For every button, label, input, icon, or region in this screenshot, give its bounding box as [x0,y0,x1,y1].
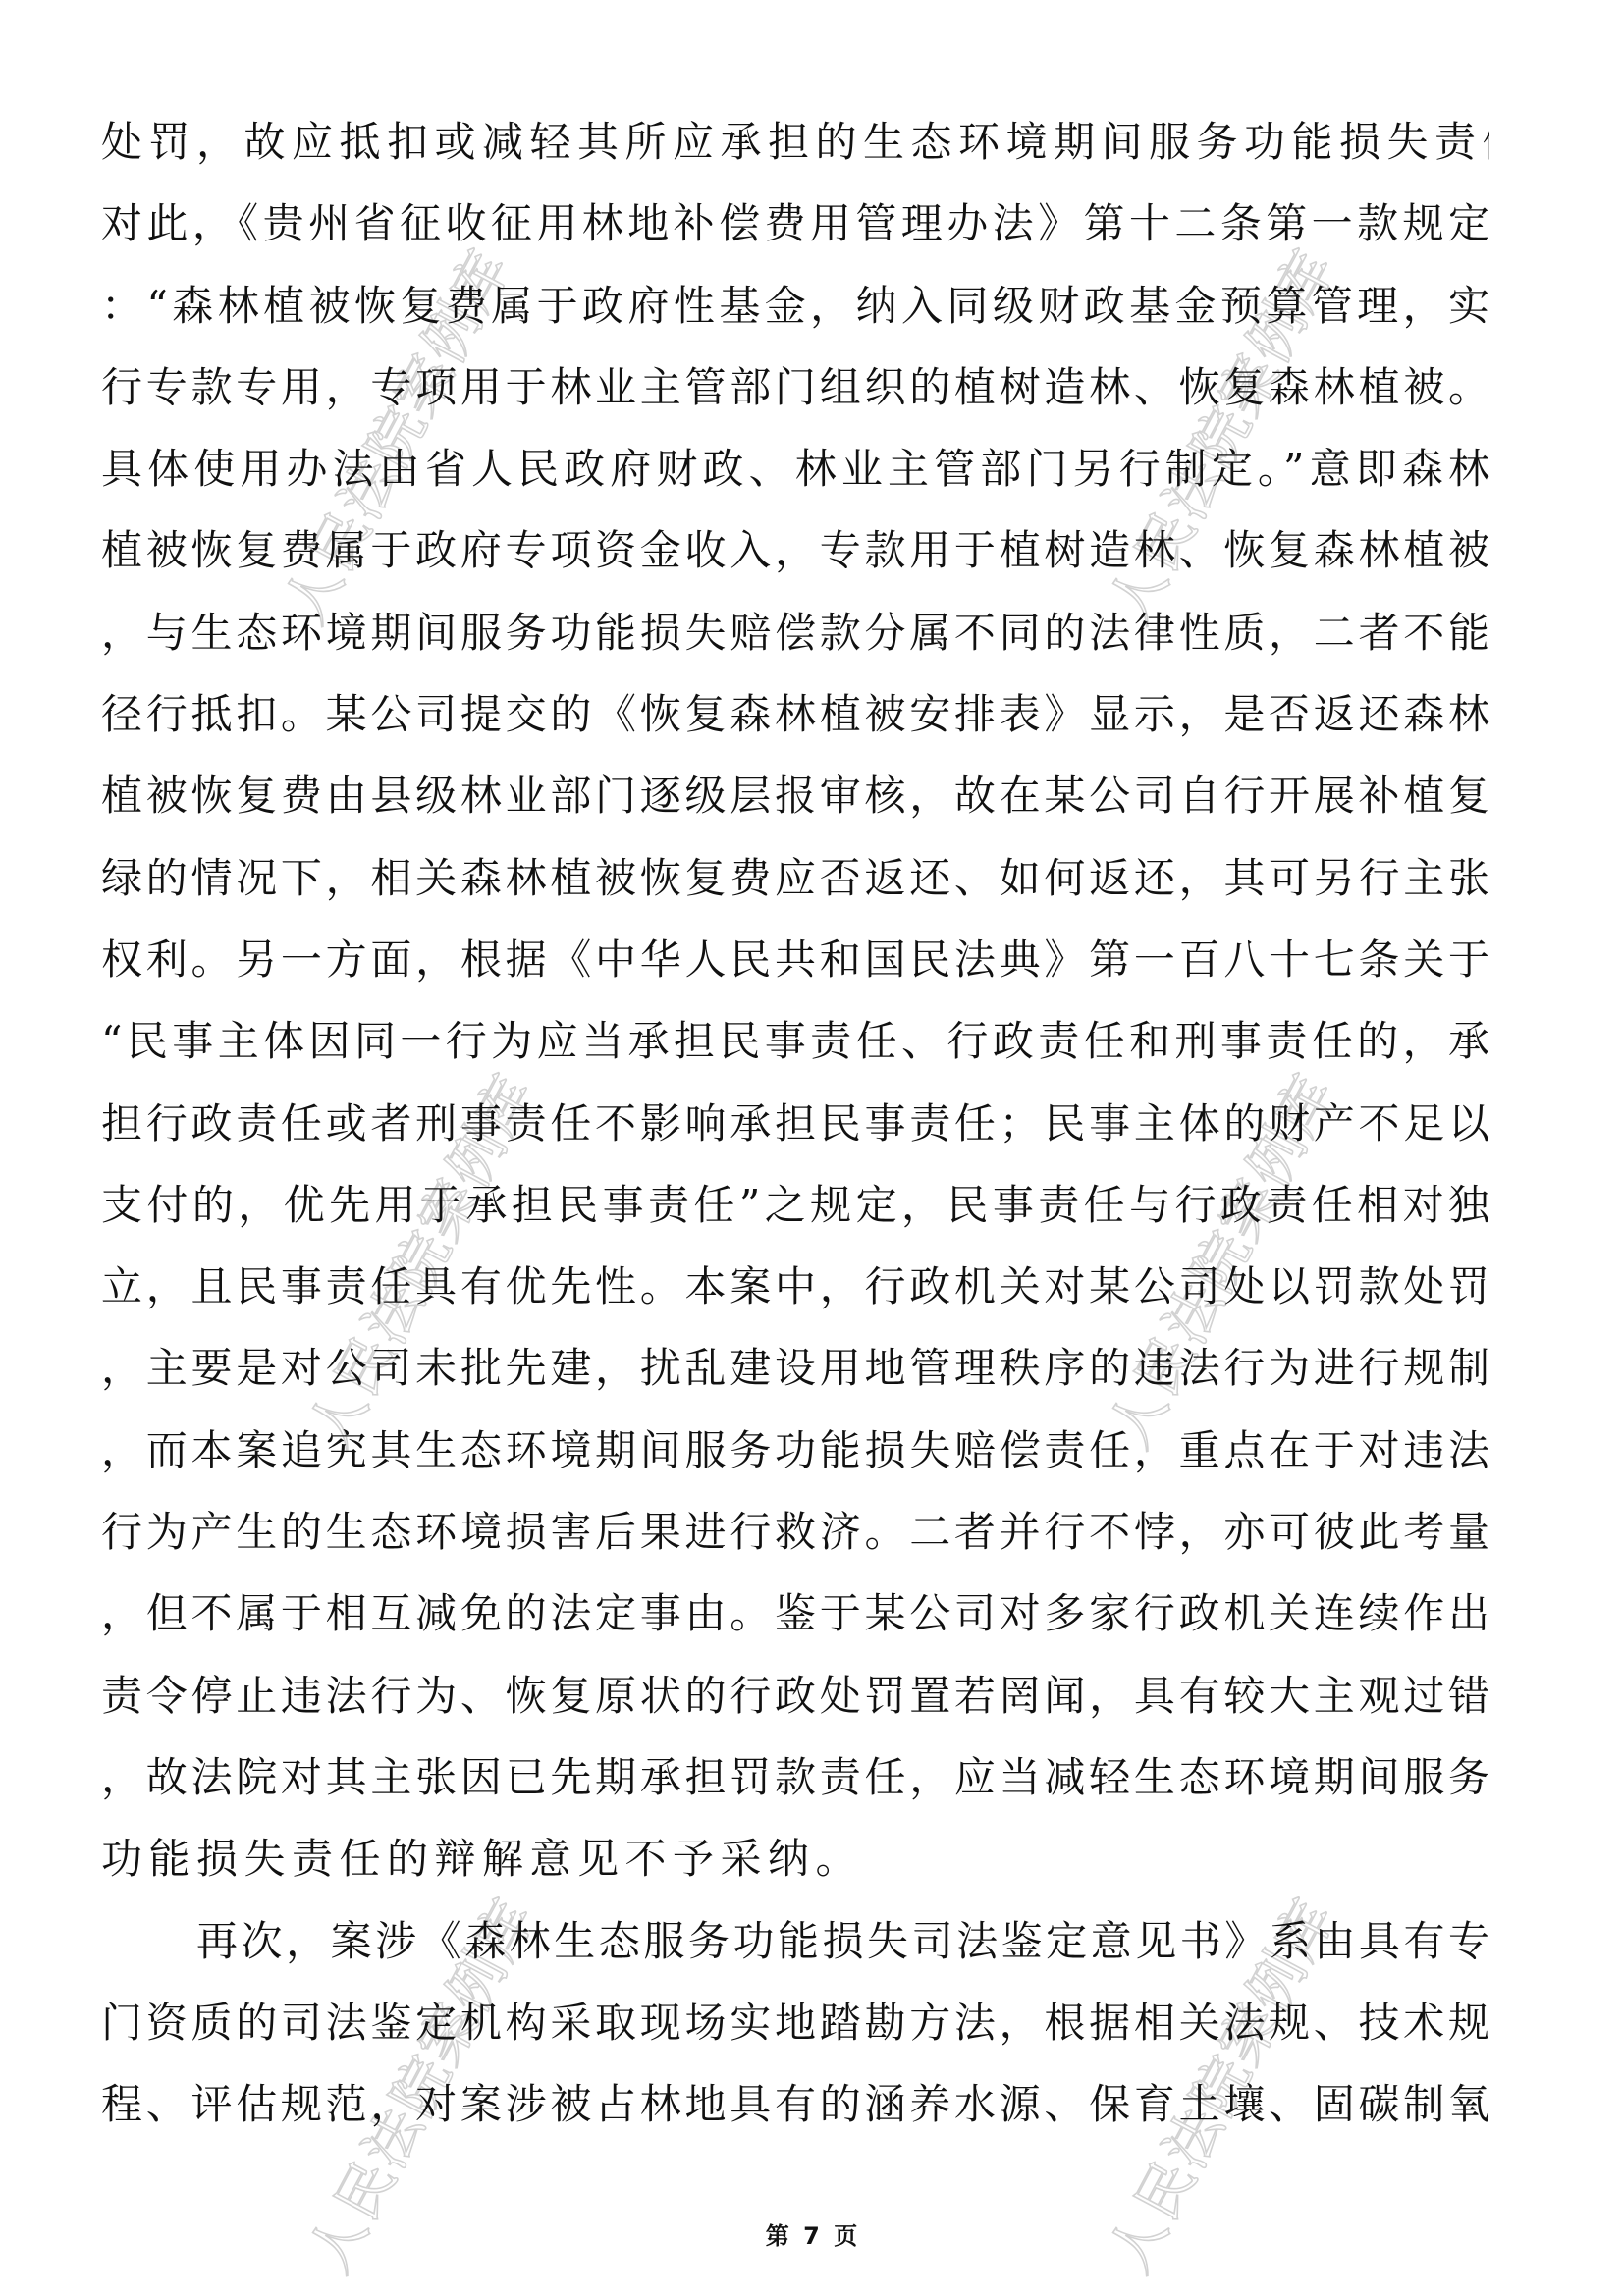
text-line: “民事主体因同一行为应当承担民事责任、行政责任和刑事责任的，承 [101,1000,1489,1082]
text-line: 植被恢复费属于政府专项资金收入，专款用于植树造林、恢复森林植被 [101,509,1489,591]
text-line: 行为产生的生态环境损害后果进行救济。二者并行不悖，亦可彼此考量 [101,1491,1489,1573]
document-page: 人民法院案例库 人民法院案例库 人民法院案例库 人民法院案例库 人民法院案例库 … [0,0,1623,2296]
text-line: ，主要是对公司未批先建，扰乱建设用地管理秩序的违法行为进行规制 [101,1327,1489,1409]
text-line: 权利。另一方面，根据《中华人民共和国民法典》第一百八十七条关于 [101,919,1489,1000]
text-line: 责令停止违法行为、恢复原状的行政处罚置若罔闻，具有较大主观过错 [101,1655,1489,1736]
text-line: ，与生态环境期间服务功能损失赔偿款分属不同的法律性质，二者不能 [101,592,1489,673]
text-line: 担行政责任或者刑事责任不影响承担民事责任；民事主体的财产不足以 [101,1083,1489,1164]
text-line: 径行抵扣。某公司提交的《恢复森林植被安排表》显示，是否返还森林 [101,673,1489,755]
text-line: ：“森林植被恢复费属于政府性基金，纳入同级财政基金预算管理，实 [101,265,1489,347]
text-line: ，但不属于相互减免的法定事由。鉴于某公司对多家行政机关连续作出 [101,1573,1489,1654]
page-number: 第 7 页 [0,2216,1623,2251]
text-line: 行专款专用，专项用于林业主管部门组织的植树造林、恢复森林植被。 [101,347,1489,428]
body-text: 处罚，故应抵扣或减轻其所应承担的生态环境期间服务功能损失责任。对此，《贵州省征收… [101,101,1489,2145]
text-line: 绿的情况下，相关森林植被恢复费应否返还、如何返还，其可另行主张 [101,837,1489,919]
text-line: 植被恢复费由县级林业部门逐级层报审核，故在某公司自行开展补植复 [101,755,1489,836]
text-line: 支付的，优先用于承担民事责任”之规定，民事责任与行政责任相对独 [101,1164,1489,1246]
text-line: 具体使用办法由省人民政府财政、林业主管部门另行制定。”意即森林 [101,428,1489,509]
text-line: 对此，《贵州省征收征用林地补偿费用管理办法》第十二条第一款规定 [101,183,1489,264]
paragraph-first-line: 再次，案涉《森林生态服务功能损失司法鉴定意见书》系由具有专 [101,1900,1489,1982]
text-line: ，而本案追究其生态环境期间服务功能损失赔偿责任，重点在于对违法 [101,1410,1489,1491]
text-line: 门资质的司法鉴定机构采取现场实地踏勘方法，根据相关法规、技术规 [101,1982,1489,2063]
text-line: 功能损失责任的辩解意见不予采纳。 [101,1818,1489,1899]
text-line: 处罚，故应抵扣或减轻其所应承担的生态环境期间服务功能损失责任。 [101,101,1489,183]
text-line: 立，且民事责任具有优先性。本案中，行政机关对某公司处以罚款处罚 [101,1246,1489,1327]
text-line: 程、评估规范，对案涉被占林地具有的涵养水源、保育土壤、固碳制氧 [101,2063,1489,2145]
text-line: ，故法院对其主张因已先期承担罚款责任，应当减轻生态环境期间服务 [101,1736,1489,1818]
